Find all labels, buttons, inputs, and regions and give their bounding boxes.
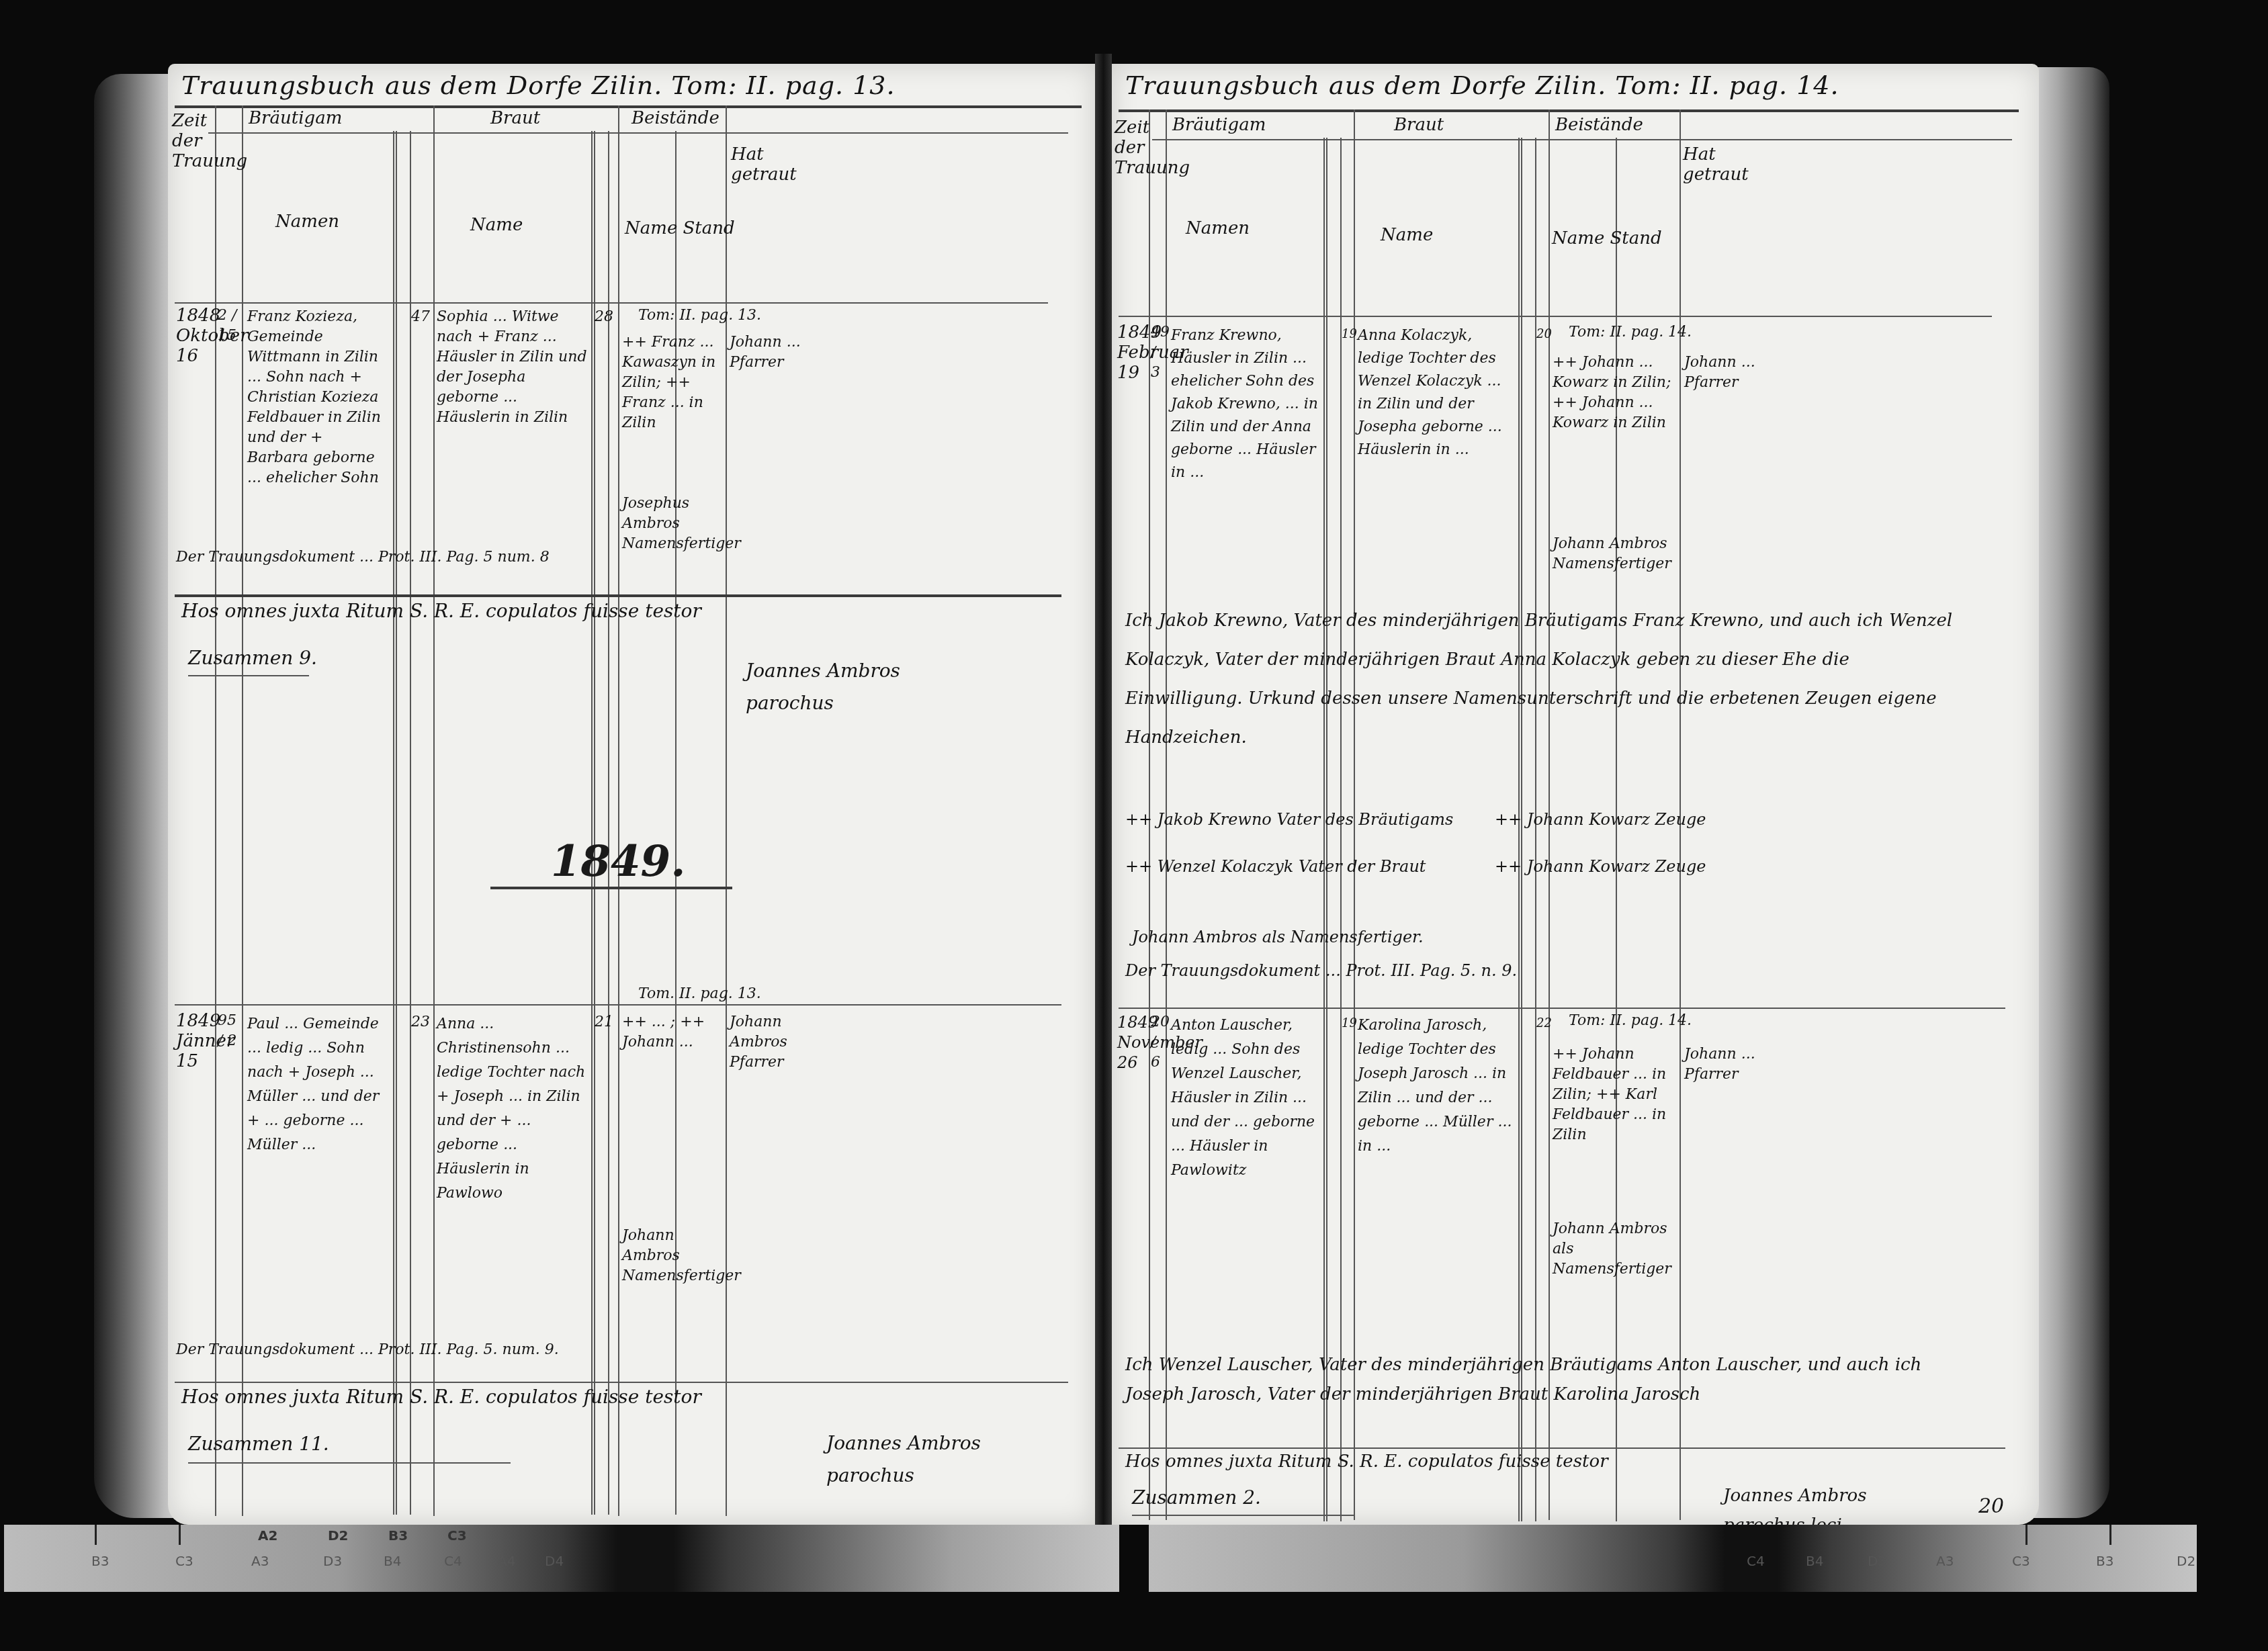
ruler-label: A4 <box>498 1553 515 1569</box>
entry-bride: Anna ... Christinensohn ... ledige Tocht… <box>437 1012 588 1206</box>
header-groom-name: Namen <box>275 212 339 232</box>
entry-date: 1848 Oktober 16 <box>176 306 215 366</box>
entry-witness-note: Johann Ambros Namensfertiger <box>622 1226 723 1286</box>
entry-witness-note: Johann Ambros Namensfertiger <box>1553 534 1680 574</box>
closing-formula: Hos omnes juxta Ritum S. R. E. copulatos… <box>1125 1452 1864 1472</box>
ruler-label: B4 <box>384 1553 401 1569</box>
consent-signature: ++ Wenzel Kolaczyk Vater der Braut <box>1125 856 1461 877</box>
entry-day: 15 <box>176 1051 215 1071</box>
entry-groom-age: 47 <box>411 307 431 327</box>
column-divider <box>1616 138 1617 1521</box>
parental-consent: Ich Jakob Krewno, Vater des minderjährig… <box>1125 601 1972 757</box>
entry-officiant: Johann ... Pfarrer <box>1684 353 1758 393</box>
entry-date: 1849 November 26 <box>1117 1012 1148 1073</box>
left-page-title: Trauungsbuch aus dem Dorfe Zilin. Tom: I… <box>181 71 896 100</box>
header-witness-name: Name Stand <box>1552 228 1662 249</box>
entry-bride-age: 21 <box>595 1012 615 1032</box>
entry-date: 1849 Jänner 15 <box>176 1011 215 1071</box>
header-groom: Bräutigam <box>1172 115 1266 135</box>
entry-bride: Anna Kolaczyk, ledige Tochter des Wenzel… <box>1358 324 1516 461</box>
summary-underline <box>188 675 309 676</box>
entry-witnesses: ++ Johann Feldbauer ... in Zilin; ++ Kar… <box>1553 1044 1680 1145</box>
left-page: Trauungsbuch aus dem Dorfe Zilin. Tom: I… <box>168 64 1095 1525</box>
header-bride-name: Name <box>470 215 523 235</box>
ruler-label: A3 <box>1936 1553 1954 1569</box>
ruler-label: C3 <box>447 1527 467 1544</box>
header-bride: Braut <box>490 108 540 128</box>
entry-groom-age: 19 <box>1342 1014 1354 1034</box>
summary-count: Zusammen 9. <box>188 648 317 668</box>
header-rule <box>208 132 1068 134</box>
column-divider <box>242 105 243 1516</box>
entry-witness-ref: Tom. II. pag. 13. <box>638 984 840 1004</box>
year-divider: 1849. <box>551 836 685 887</box>
entry-witness-ref: Tom: II. pag. 14. <box>1569 322 1770 343</box>
ruler-label: B3 <box>91 1553 109 1569</box>
entry-year: 1849 <box>1117 1012 1148 1032</box>
column-divider <box>608 131 609 1515</box>
column-divider <box>433 105 435 1516</box>
header-witness-name: Name Stand <box>625 218 735 238</box>
entries-start-rule <box>175 302 1048 304</box>
ruler-label: D4 <box>545 1553 564 1569</box>
ruler-label: C4 <box>1747 1553 1765 1569</box>
entry-bride-age: 28 <box>595 307 615 327</box>
column-divider <box>410 131 411 1515</box>
consent-signature: ++ Johann Kowarz Zeuge <box>1495 856 1831 877</box>
ruler-label: B3 <box>388 1527 408 1544</box>
entry-bride-age: 22 <box>1536 1014 1549 1034</box>
entry-witnesses: ++ ... ; ++ Johann ... <box>622 1012 723 1053</box>
column-divider <box>591 131 595 1515</box>
column-divider <box>1340 138 1342 1521</box>
ruler-label: D2 <box>328 1527 349 1544</box>
closing-formula: Hos omnes juxta Ritum S. R. E. copulatos… <box>181 601 853 621</box>
ruler-tick <box>2025 1525 2027 1545</box>
ruler-tick <box>95 1525 97 1545</box>
entry-groom: Paul ... Gemeinde ... ledig ... Sohn nac… <box>247 1012 388 1157</box>
header-witnesses: Beistände <box>631 108 719 128</box>
entry-bride: Sophia ... Witwe nach + Franz ... Häusle… <box>437 307 588 428</box>
summary-underline <box>188 1462 511 1464</box>
ruler-label: A2 <box>258 1527 277 1544</box>
entry-month: Oktober <box>176 326 215 346</box>
ruler-tick <box>2109 1525 2111 1545</box>
header-bride-name: Name <box>1381 225 1433 245</box>
ruler-label: D3 <box>1868 1553 1886 1569</box>
right-page-title: Trauungsbuch aus dem Dorfe Zilin. Tom: I… <box>1125 71 1839 100</box>
entry-rule <box>1119 1008 2005 1009</box>
header-officiant: Hat getraut <box>731 144 771 185</box>
entry-groom: Franz Kozieza, Gemeinde Wittmann in Zili… <box>247 307 388 488</box>
column-divider <box>1535 138 1536 1521</box>
ruler-label: D3 <box>323 1553 342 1569</box>
entry-house-no: 95 / 2 <box>218 1011 241 1051</box>
parental-consent: Ich Wenzel Lauscher, Vater des minderjäh… <box>1125 1350 1972 1409</box>
entry-bride: Karolina Jarosch, ledige Tochter des Jos… <box>1358 1014 1516 1159</box>
header-officiant: Hat getraut <box>1683 144 1723 185</box>
entry-house-no: 20 / 6 <box>1151 1012 1166 1073</box>
entry-witness-note: Johann Ambros als Namensfertiger <box>1553 1219 1680 1280</box>
entry-day: 19 <box>1117 363 1148 383</box>
summary-count: Zusammen 11. <box>188 1434 329 1454</box>
entry-witness-ref: Tom: II. pag. 13. <box>638 306 813 326</box>
entry-month: November <box>1117 1032 1148 1053</box>
entry-house-no: 49 / 3 <box>1151 322 1166 383</box>
summary-underline <box>1132 1515 1354 1516</box>
entries-start-rule <box>1119 316 1992 317</box>
ruler-label: B4 <box>1806 1553 1823 1569</box>
entry-witnesses: ++ Johann ... Kowarz in Zilin; ++ Johann… <box>1553 353 1680 433</box>
entry-year: 1849 <box>176 1011 215 1031</box>
year-underline <box>490 887 732 889</box>
header-groom: Bräutigam <box>249 108 342 128</box>
header-date: Zeit der Trauung <box>1115 118 1148 178</box>
entry-day: 26 <box>1117 1053 1148 1073</box>
entry-groom-age: 23 <box>411 1012 431 1032</box>
ruler-label: D2 <box>2177 1553 2195 1569</box>
ruler-tick <box>179 1525 181 1545</box>
entry-groom-age: 19 <box>1342 324 1354 345</box>
signature: Joannes Ambros parochus <box>826 1427 1014 1492</box>
book-gutter <box>1095 54 1112 1531</box>
entry-officiant: Johann Ambros Pfarrer <box>730 1012 803 1073</box>
entry-witness-note: Josephus Ambros Namensfertiger <box>622 494 723 554</box>
entry-footnote: Der Trauungsdokument ... Prot. III. Pag.… <box>176 1340 915 1360</box>
signature: Joannes Ambros parochus <box>746 655 907 719</box>
entry-month: Februar <box>1117 343 1148 363</box>
entry-groom: Franz Krewno, Häusler in Zilin ... eheli… <box>1171 324 1320 484</box>
summary-count: Zusammen 2. <box>1132 1488 1261 1508</box>
consent-namewriter: Johann Ambros als Namensfertiger. <box>1132 927 1669 947</box>
title-rule <box>1119 109 2019 112</box>
scale-ruler-right: C4 B4 D3 A3 C3 B3 D2 <box>1149 1525 2197 1592</box>
entry-officiant: Johann ... Pfarrer <box>730 332 803 373</box>
column-divider <box>1518 138 1522 1521</box>
header-rule <box>1152 139 2012 140</box>
section-rule <box>1119 1447 2005 1449</box>
ruler-label: C3 <box>2012 1553 2030 1569</box>
ruler-label: B3 <box>2096 1553 2113 1569</box>
right-page: Trauungsbuch aus dem Dorfe Zilin. Tom: I… <box>1112 64 2039 1525</box>
section-rule <box>175 1382 1068 1383</box>
entry-year: 1848 <box>176 306 215 326</box>
consent-signature: ++ Johann Kowarz Zeuge <box>1495 809 1831 830</box>
header-date: Zeit der Trauung <box>172 111 212 171</box>
entry-officiant: Johann ... Pfarrer <box>1684 1044 1758 1085</box>
closing-formula: Hos omnes juxta Ritum S. R. E. copulatos… <box>181 1387 920 1407</box>
corner-number: 20 <box>1978 1494 2004 1518</box>
ruler-label: C4 <box>444 1553 462 1569</box>
scale-ruler-left: A2 D2 B3 C3 B3 C3 A3 D3 B4 C4 A4 D4 <box>4 1525 1119 1592</box>
entry-month: Jänner <box>176 1031 215 1051</box>
entry-groom: Anton Lauscher, ledig ... Sohn des Wenze… <box>1171 1014 1320 1183</box>
entry-date: 1849 Februar 19 <box>1117 322 1148 383</box>
ruler-label: C3 <box>175 1553 193 1569</box>
entry-year: 1849 <box>1117 322 1148 343</box>
column-divider <box>393 131 397 1515</box>
header-bride: Braut <box>1394 115 1444 135</box>
header-witnesses: Beistände <box>1555 115 1643 135</box>
entry-witnesses: ++ Franz ... Kawaszyn in Zilin; ++ Franz… <box>622 332 723 433</box>
entry-rule <box>175 1004 1061 1006</box>
column-divider <box>1323 138 1327 1521</box>
column-divider <box>618 105 619 1516</box>
consent-signature: ++ Jakob Krewno Vater des Bräutigams <box>1125 809 1461 830</box>
entry-bride-age: 20 <box>1536 324 1549 345</box>
ruler-label: A3 <box>251 1553 269 1569</box>
entry-witness-ref: Tom: II. pag. 14. <box>1569 1011 1770 1031</box>
entry-day: 16 <box>176 346 215 366</box>
entry-house-no: 2 / 15 <box>218 306 241 346</box>
header-groom-name: Namen <box>1186 218 1250 238</box>
section-rule <box>175 594 1061 597</box>
entry-footnote: Der Trauungsdokument ... Prot. III. Pag.… <box>176 547 781 568</box>
entry-footnote: Der Trauungsdokument ... Prot. III. Pag.… <box>1125 961 1972 981</box>
